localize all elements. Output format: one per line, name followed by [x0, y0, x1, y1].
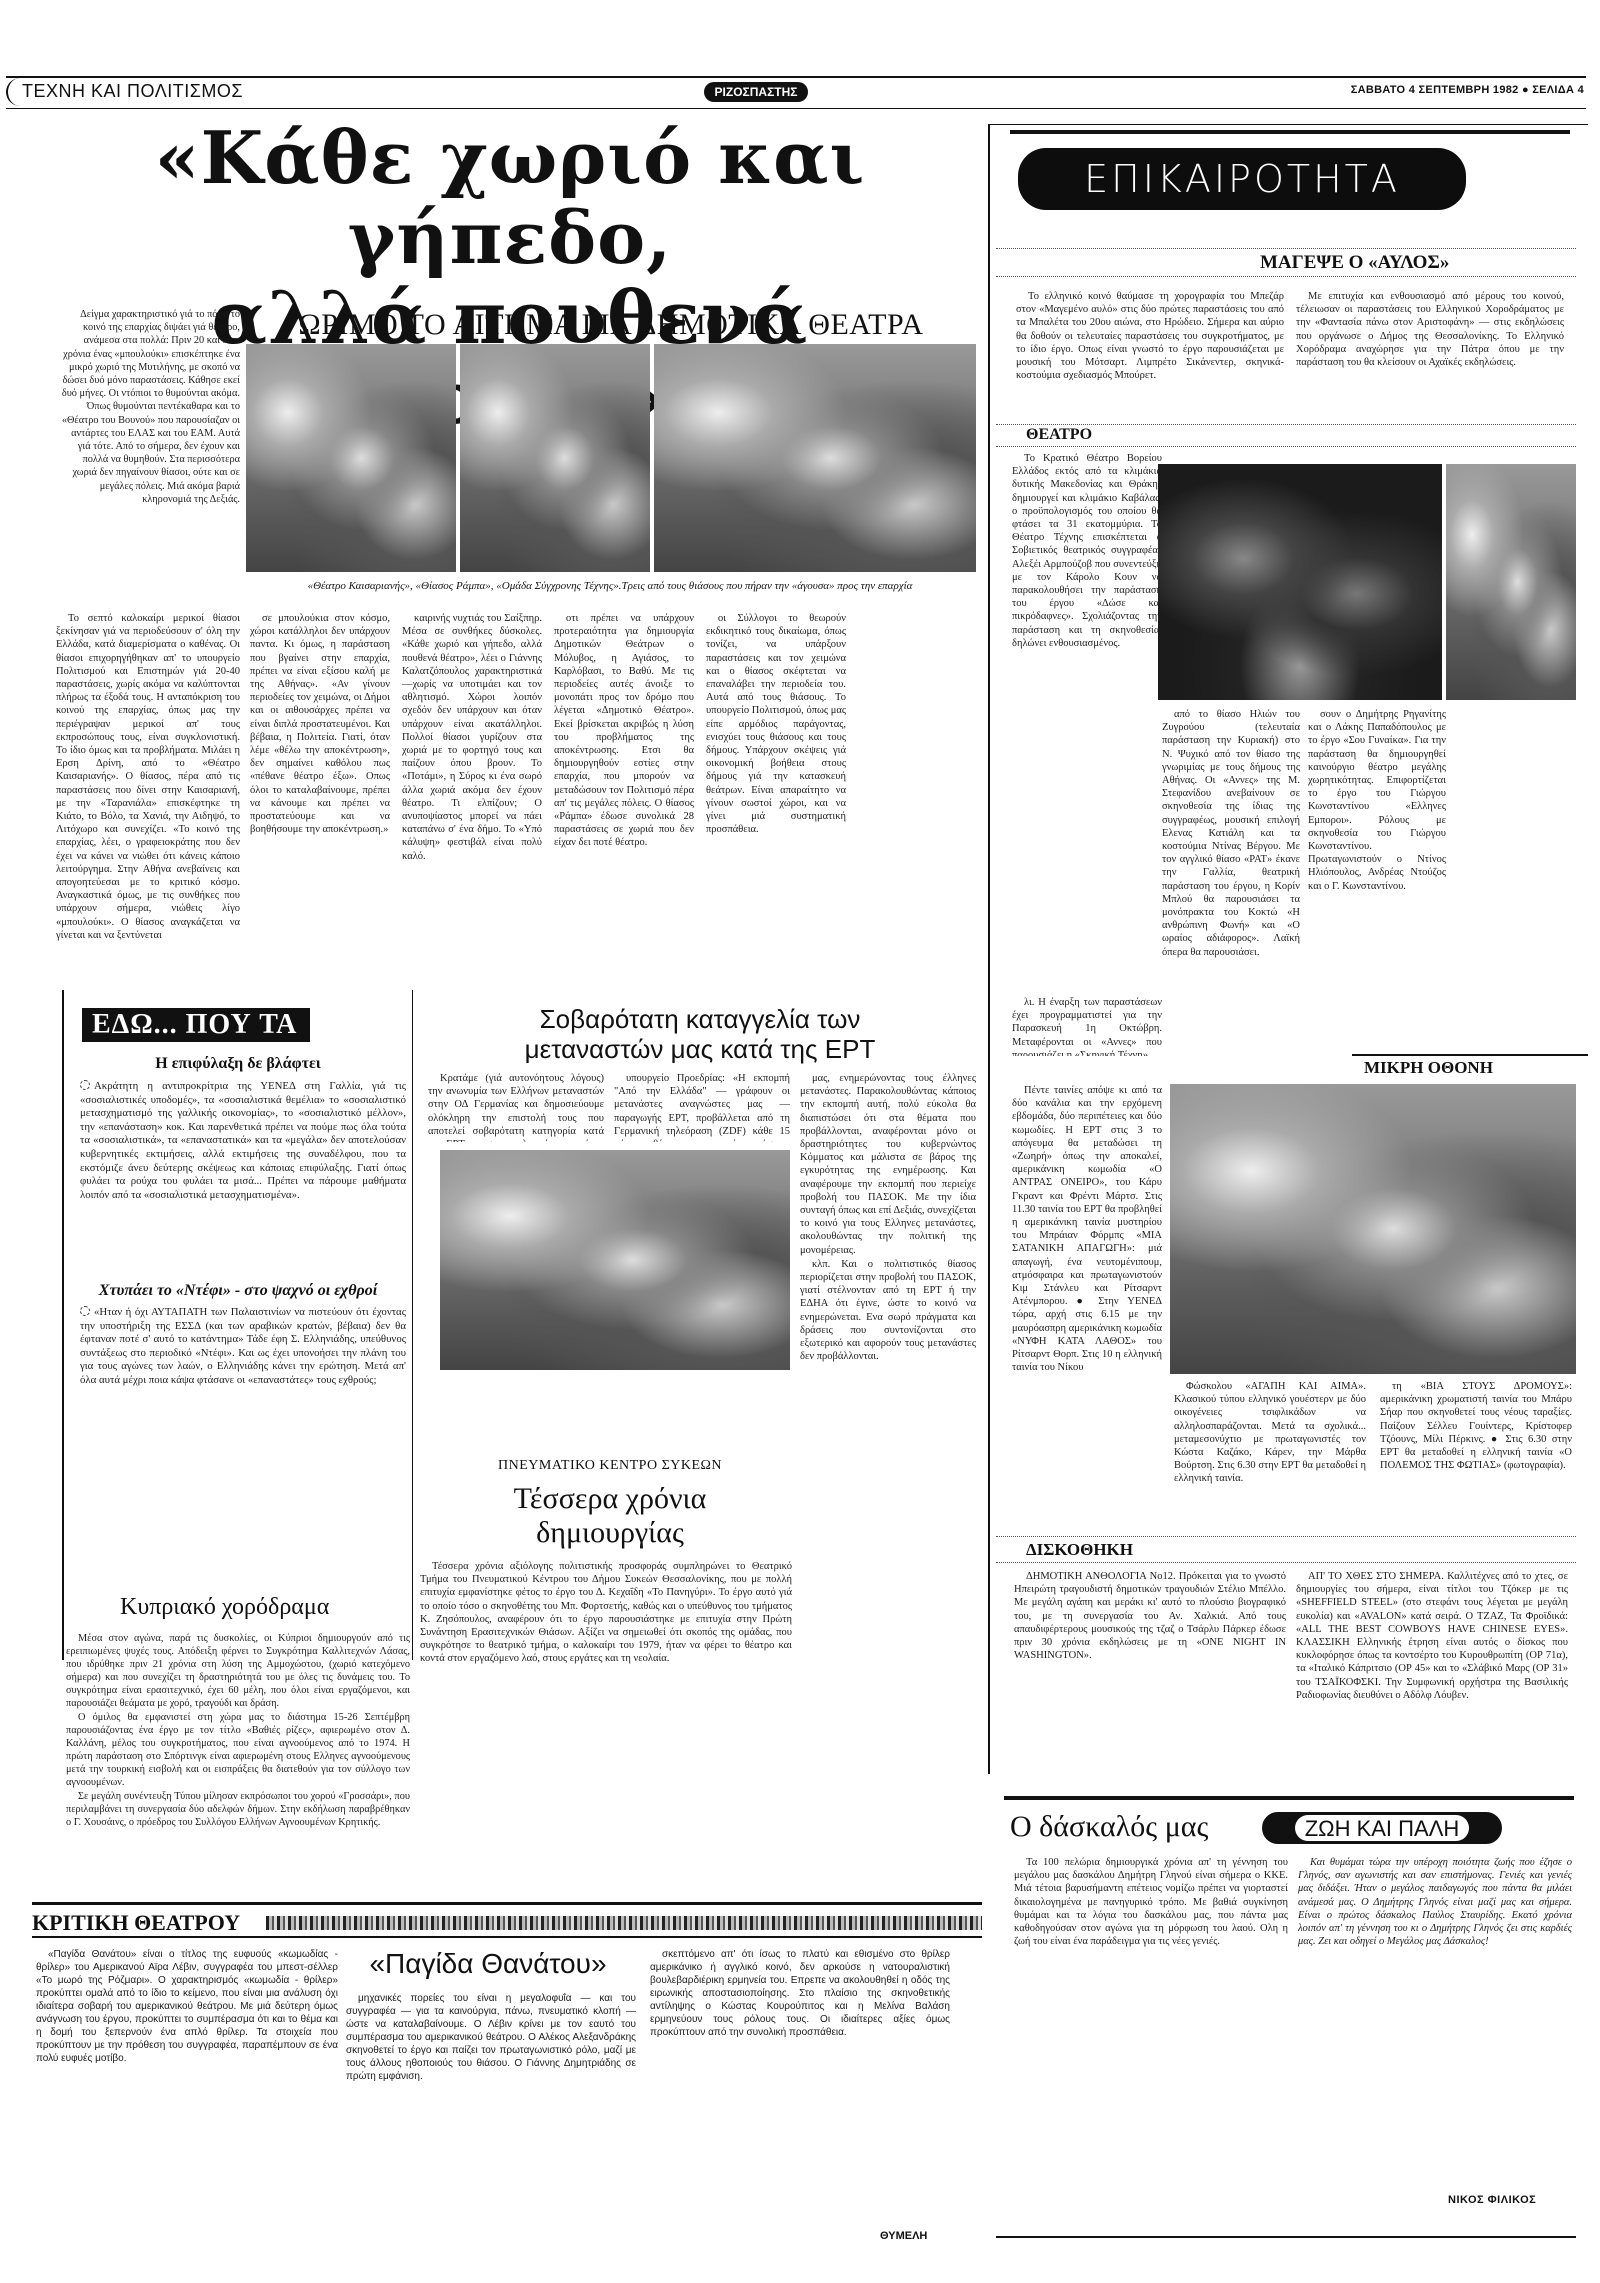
photo-omada-sygxronis-texnis [654, 344, 976, 572]
photo-theatro-kaisarianis [246, 344, 456, 572]
aylos-dotted-rule [996, 248, 1576, 249]
edo-item1: Ακράτητη η αντιπροκρίτρια της ΥΕΝΕΔ στη … [80, 1080, 406, 1276]
kritiki-banner: ΚΡΙΤΙΚΗ ΘΕΑΤΡΟΥ [32, 1910, 262, 1936]
mikri-col-2: Φώσκολου «ΑΓΑΠΗ ΚΑΙ ΑΙΜΑ». Κλασικού τύπο… [1174, 1380, 1366, 1510]
daskalos-signature: ΝΙΚΟΣ ΦΙΛΙΚΟΣ [1448, 2194, 1536, 2206]
syk-eon-headline: Τέσσερα χρόνια δημιουργίας [420, 1482, 800, 1550]
edo-banner: ΕΔΩ... ΠΟΥ ΤΑ ΛΕΜΕ [82, 1008, 310, 1042]
kritiki-title: «Παγίδα Θανάτου» [346, 1948, 630, 1980]
zoi-kai-pali-banner: ΖΩΗ ΚΑΙ ΠΑΛΗ [1262, 1812, 1502, 1844]
ert-headline: Σοβαρότατη καταγγελία των μεταναστών μας… [420, 1004, 980, 1064]
mikri-othoni-title: ΜΙΚΡΗ ΟΘΟΝΗ [1364, 1058, 1493, 1078]
edo-left-border [62, 990, 64, 1660]
lead-col-4: οτι πρέπει να υπάρχουν προτεραιότητα για… [554, 612, 694, 1000]
theatro-title: ΘΕΑΤΡΟ [1026, 426, 1092, 444]
epikairotita-banner: ΕΠΙΚΑΙΡΟΤΗΤΑ [1018, 148, 1466, 210]
theatro-photo-actress [1446, 464, 1576, 700]
kritiki-bottom-rule [32, 1936, 982, 1938]
lead-col-5: οι Σύλλογοι το θεωρούν εκδικητικό τους δ… [706, 612, 846, 1000]
kritiki-top-rule [32, 1902, 982, 1905]
edo-right-border [412, 990, 413, 1660]
lead-photo-strip [246, 344, 976, 572]
theatro-dotted-rule [996, 424, 1576, 425]
disko-col-2: ΑΠ' ΤΟ ΧΘΕΣ ΣΤΟ ΣΗΜΕΡΑ. Καλλιτέχνες από … [1296, 1570, 1568, 1770]
ert-col-3: μας, ενημερώνοντας τους έλληνες μετανάστ… [800, 1072, 976, 1632]
lead-col-1: Το σεπτό καλοκαίρι μερικοί θίασοι ξεκίνη… [56, 612, 240, 1000]
dateline: ΣΑΒΒΑΤΟ 4 ΣΕΠΤΕΜΒΡΗ 1982 ● ΣΕΛΙΔΑ 4 [1351, 84, 1584, 96]
page-bottom-rule [996, 2236, 1576, 2238]
edo-item2: «Ηταν ή όχι ΑΥΤΑΠΑΤΗ των Παλαιστινίων να… [80, 1306, 406, 1584]
syk-eon-body: Τέσσερα χρόνια αξιόλογης πολιτιστικής πρ… [420, 1560, 792, 1860]
dashed-circle-bullet-icon [80, 1080, 90, 1090]
lead-col-2: σε μπουλούκια στον κόσμο, χώροι κατάλληλ… [250, 612, 390, 1000]
daskalos-col-1: Τα 100 πελώρια δημιουργικά χρόνια απ' τη… [1014, 1856, 1288, 2232]
mikri-othoni-photo [1170, 1084, 1576, 1374]
kritiki-col-1: «Παγίδα Θανάτου» είναι ο τίτλος της ευφυ… [36, 1948, 338, 2248]
right-box-top-rule [988, 124, 1588, 125]
kritiki-col-2: μηχανικές πορείες του είναι η μεγαλοφυΐα… [346, 1992, 636, 2248]
daskalos-title: Ο δάσκαλός μας [1010, 1810, 1250, 1844]
theatro-col-1: Το Κρατικό Θέατρο Βορείου Ελλάδος εκτός … [1012, 452, 1162, 992]
diskothiki-dotted-rule-bottom [996, 1562, 1576, 1563]
lead-col-3: καιρινής νυχτιάς του Σαίξπηρ. Μέσα σε συ… [402, 612, 542, 1000]
kritiki-col-3: σκεπτόμενο απ' ότι ίσως το πλατύ και εθι… [650, 1948, 950, 2230]
ert-col-1: Κρατάμε (γιά αυτονόητους λόγους) την ανω… [428, 1072, 604, 1142]
ert-col-2: υπουργείο Προεδρίας: «Η εκπομπή "Από την… [614, 1072, 790, 1142]
kritiki-signature: ΘΥΜΕΛΗ [880, 2230, 927, 2242]
aylos-col-2: Με επιτυχία και ενθουσιασμό από μέρους τ… [1296, 290, 1564, 380]
right-box-border [988, 124, 990, 1774]
daskalos-top-rule [1004, 1796, 1574, 1800]
daskalos-col-2: Και θυμάμαι τώρα την υπέροχη ποιότητα ζω… [1298, 1856, 1572, 2164]
epikairotita-top-rule [1010, 130, 1570, 134]
lead-headline-line1: «Κάθε χωριό και γήπεδο, [40, 118, 980, 278]
lead-subheadline: ΩΡΙΜΟ ΤΟ ΑΙΤΗΜΑ ΓΙΑ ΔΗΜΟΤΙΚΑ ΘΕΑΤΡΑ [246, 308, 976, 342]
syk-eon-group-photo [440, 1150, 790, 1370]
aylos-title: ΜΑΓΕΨΕ Ο «ΑΥΛΟΣ» [1260, 252, 1449, 274]
edo-item1-title: Η επιφύλαξη δε βλάφτει [70, 1055, 406, 1073]
section-title: ΤΕΧΝΗ ΚΑΙ ΠΟΛΙΤΙΣΜΟΣ [6, 78, 386, 106]
mikri-col-3: τη «ΒΙΑ ΣΤΟΥΣ ΔΡΟΜΟΥΣ»: αμερικάνικη χρωμ… [1380, 1380, 1572, 1510]
theatro-col-3: σουν ο Δημήτρης Ρηγανίτης και ο Λάκης Πα… [1308, 708, 1446, 998]
syk-eon-kicker: ΠΝΕΥΜΑΤΙΚΟ ΚΕΝΤΡΟ ΣΥΚΕΩΝ [420, 1458, 800, 1474]
aylos-col-1: Το ελληνικό κοινό θαύμασε τη χορογραφία … [1016, 290, 1284, 380]
disko-col-1: ΔΗΜΟΤΙΚΗ ΑΝΘΟΛΟΓΙΑ Νο12. Πρόκειται για τ… [1014, 1570, 1286, 1770]
masthead-bottom-rule [6, 108, 1586, 109]
newspaper-logo: ΡΙΖΟΣΠΑΣΤΗΣ [704, 82, 808, 102]
kypriako-body: Μέσα στον αγώνα, παρά τις δυσκολίες, οι … [66, 1632, 410, 1862]
photo-thiasos-rampa [460, 344, 650, 572]
edo-item2-title: Χτυπάει το «Ντέφι» - στο ψαχνό οι εχθροί [70, 1282, 406, 1300]
mikri-othoni-rule [1352, 1054, 1588, 1056]
theatro-photo-couple [1158, 464, 1442, 700]
theatro-col-2: από το θίασο Ηλιών του Ζυγρούου (τελευτα… [1162, 708, 1300, 998]
theatro-dotted-rule-bottom [996, 446, 1576, 447]
theatro-tail: λι. Η έναρξη των παραστάσεων έχει προγρα… [1012, 996, 1162, 1056]
mikri-col-1: Πέντε ταινίες απόψε κι από τα δύο κανάλι… [1012, 1084, 1162, 1510]
dashed-circle-bullet-icon [80, 1306, 90, 1316]
diskothiki-title: ΔΙΣΚΟΘΗΚΗ [1026, 1540, 1133, 1560]
lead-photo-caption: «Θέατρο Καισαριανής», «Θίασος Ράμπα», «Ο… [250, 580, 970, 593]
diskothiki-dotted-rule [996, 1536, 1576, 1537]
kypriako-title: Κυπριακό χορόδραμα [70, 1594, 400, 1621]
kritiki-banner-texture [266, 1916, 982, 1930]
aylos-dotted-rule-bottom [996, 276, 1576, 277]
